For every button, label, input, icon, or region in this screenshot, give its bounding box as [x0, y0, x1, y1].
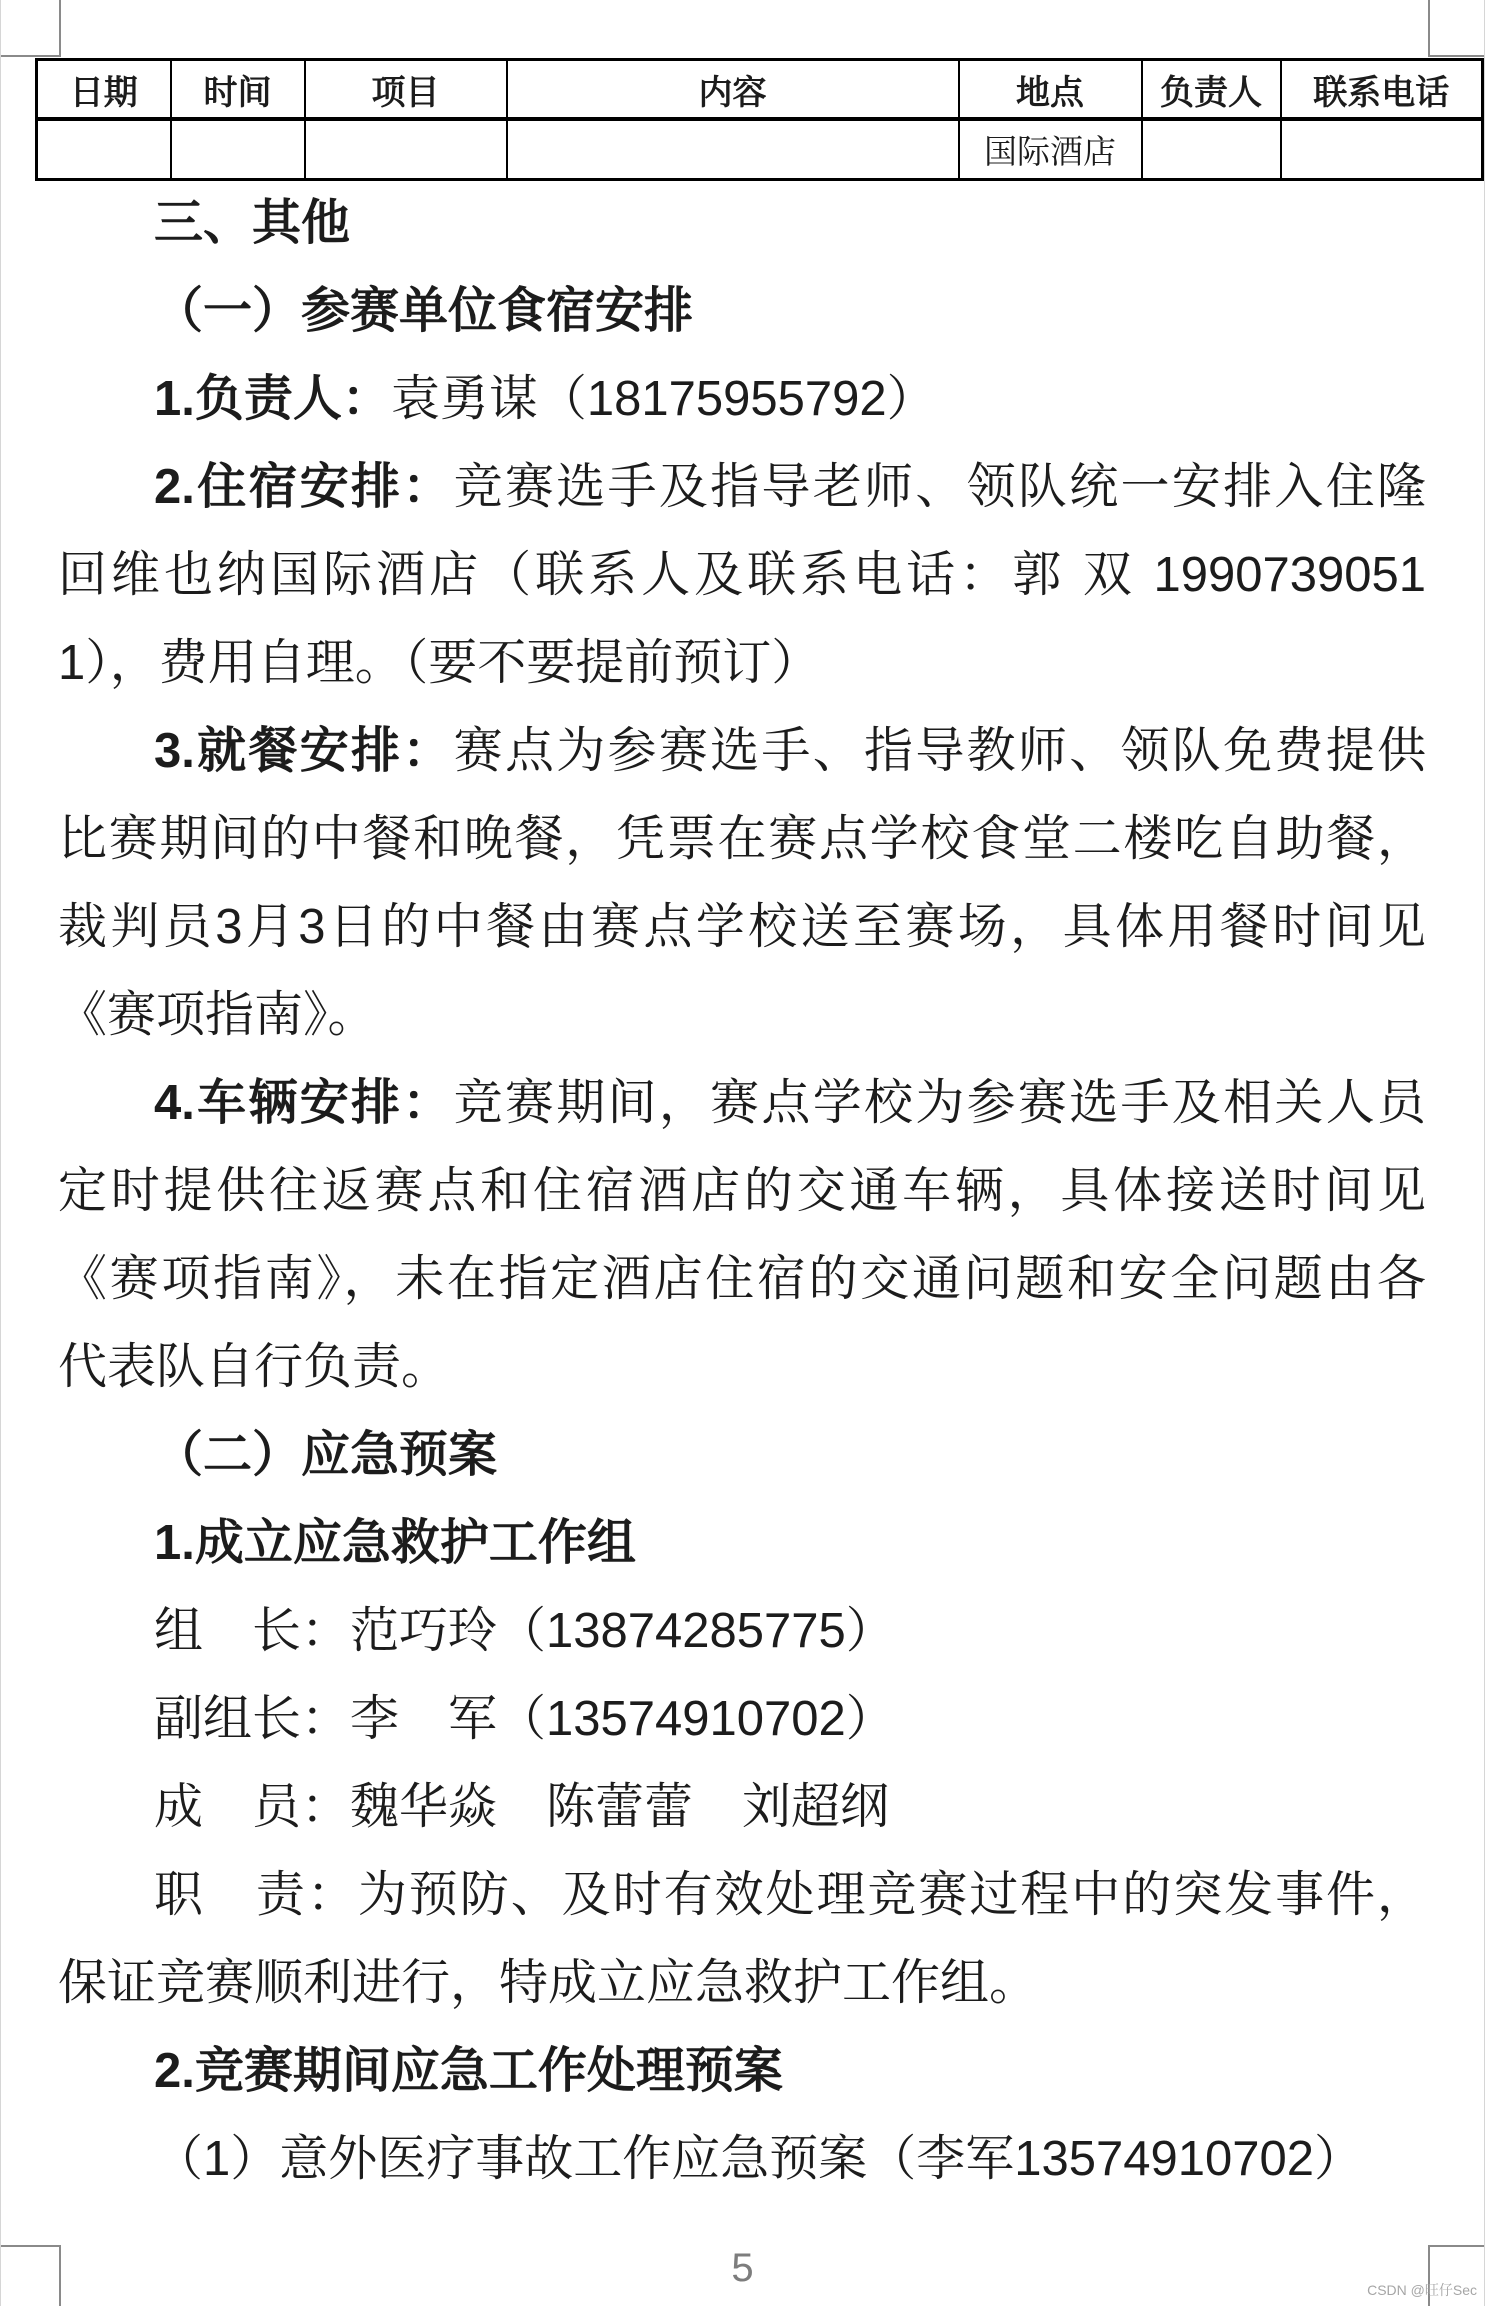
text-segment: （二）应急预案 [154, 1428, 497, 1482]
table-row: 国际酒店 [37, 119, 1483, 180]
body-line: 定时提供往返赛点和住宿酒店的交通车辆，具体接送时间见 [58, 1147, 1426, 1235]
text-segment: 赛点为参赛选手、指导教师、领队免费提供 [454, 724, 1426, 778]
body-line: 裁判员3月3日的中餐由赛点学校送至赛场，具体用餐时间见 [58, 883, 1426, 971]
text-segment: 定时提供往返赛点和住宿酒店的交通车辆，具体接送时间见 [58, 1164, 1426, 1218]
text-segment: 三、其他 [154, 196, 350, 250]
text-segment: 裁判员3月3日的中餐由赛点学校送至赛场，具体用餐时间见 [58, 900, 1426, 954]
table-cell [37, 119, 171, 180]
table-cell [171, 119, 305, 180]
body-line: 回维也纳国际酒店（联系人及联系电话：郭 双 1990739051 [58, 531, 1426, 619]
text-segment: 副组长：李 军（13574910702） [154, 1692, 895, 1746]
body-line: 4.车辆安排：竞赛期间，赛点学校为参赛选手及相关人员 [58, 1059, 1426, 1147]
body-line: （一）参赛单位食宿安排 [58, 267, 1426, 355]
table-cell [1142, 119, 1281, 180]
text-segment: 竞赛期间，赛点学校为参赛选手及相关人员 [454, 1076, 1426, 1130]
table-header-cell: 时间 [171, 60, 305, 120]
table-cell: 国际酒店 [959, 119, 1142, 180]
crop-mark-top-right [1428, 0, 1484, 57]
table-cell [1281, 119, 1483, 180]
table-header-cell: 项目 [305, 60, 507, 120]
table-header-row: 日期时间项目内容地点负责人联系电话 [37, 60, 1483, 120]
text-segment: 比赛期间的中餐和晚餐，凭票在赛点学校食堂二楼吃自助餐， [58, 812, 1426, 866]
body-line: 比赛期间的中餐和晚餐，凭票在赛点学校食堂二楼吃自助餐， [58, 795, 1426, 883]
text-segment: 成 员：魏华焱 陈蕾蕾 刘超纲 [154, 1780, 889, 1834]
text-segment: 职 责：为预防、及时有效处理竞赛过程中的突发事件， [154, 1868, 1426, 1922]
body-line: 代表队自行负责。 [58, 1323, 1426, 1411]
text-segment: （一）参赛单位食宿安排 [154, 284, 693, 338]
body-line: 3.就餐安排：赛点为参赛选手、指导教师、领队免费提供 [58, 707, 1426, 795]
body-line: 1），费用自理。（要不要提前预订） [58, 619, 1426, 707]
crop-mark-top-left [1, 0, 61, 57]
text-segment: 回维也纳国际酒店（联系人及联系电话：郭 双 1990739051 [58, 548, 1426, 602]
body-line: 三、其他 [58, 179, 1426, 267]
body-line: 《赛项指南》，未在指定酒店住宿的交通问题和安全问题由各 [58, 1235, 1426, 1323]
body-line: 《赛项指南》。 [58, 971, 1426, 1059]
text-segment: 代表队自行负责。 [58, 1340, 450, 1394]
table-cell [305, 119, 507, 180]
body-line: 组 长：范巧玲（13874285775） [58, 1587, 1426, 1675]
text-segment: 保证竞赛顺利进行，特成立应急救护工作组。 [58, 1956, 1038, 2010]
text-segment: 2.竞赛期间应急工作处理预案 [154, 2044, 783, 2098]
page-number: 5 [1, 2244, 1484, 2292]
table-header-cell: 内容 [507, 60, 959, 120]
table-header-cell: 地点 [959, 60, 1142, 120]
body-line: （二）应急预案 [58, 1411, 1426, 1499]
table-header-cell: 负责人 [1142, 60, 1281, 120]
text-segment: 2.住宿安排： [154, 460, 454, 514]
text-segment: （1）意外医疗事故工作应急预案（李军13574910702） [154, 2132, 1363, 2186]
table-header-cell: 联系电话 [1281, 60, 1483, 120]
body-line: 成 员：魏华焱 陈蕾蕾 刘超纲 [58, 1763, 1426, 1851]
text-segment: 3.就餐安排： [154, 724, 454, 778]
document-page: 日期时间项目内容地点负责人联系电话 国际酒店 三、其他（一）参赛单位食宿安排1.… [0, 0, 1485, 2306]
body-line: （1）意外医疗事故工作应急预案（李军13574910702） [58, 2115, 1426, 2203]
body-line: 1.成立应急救护工作组 [58, 1499, 1426, 1587]
body-line: 保证竞赛顺利进行，特成立应急救护工作组。 [58, 1939, 1426, 2027]
watermark: CSDN @旺仔Sec [1367, 2281, 1477, 2299]
text-segment: 《赛项指南》，未在指定酒店住宿的交通问题和安全问题由各 [58, 1252, 1426, 1306]
text-segment: 4.车辆安排： [154, 1076, 454, 1130]
text-segment: 1），费用自理。（要不要提前预订） [58, 636, 820, 690]
text-segment: 竞赛选手及指导老师、领队统一安排入住隆 [454, 460, 1426, 514]
text-segment: 1.成立应急救护工作组 [154, 1516, 636, 1570]
body-line: 2.住宿安排：竞赛选手及指导老师、领队统一安排入住隆 [58, 443, 1426, 531]
body-line: 副组长：李 军（13574910702） [58, 1675, 1426, 1763]
document-body: 三、其他（一）参赛单位食宿安排1.负责人：袁勇谋（18175955792）2.住… [58, 179, 1426, 2203]
text-segment: 1.负责人： [154, 372, 391, 426]
body-line: 2.竞赛期间应急工作处理预案 [58, 2027, 1426, 2115]
table-header-cell: 日期 [37, 60, 171, 120]
table-cell [507, 119, 959, 180]
body-line: 职 责：为预防、及时有效处理竞赛过程中的突发事件， [58, 1851, 1426, 1939]
text-segment: 组 长：范巧玲（13874285775） [154, 1604, 895, 1658]
text-segment: 《赛项指南》。 [58, 988, 377, 1042]
text-segment: 袁勇谋（18175955792） [391, 372, 936, 426]
schedule-table: 日期时间项目内容地点负责人联系电话 国际酒店 [35, 58, 1484, 181]
body-line: 1.负责人：袁勇谋（18175955792） [58, 355, 1426, 443]
